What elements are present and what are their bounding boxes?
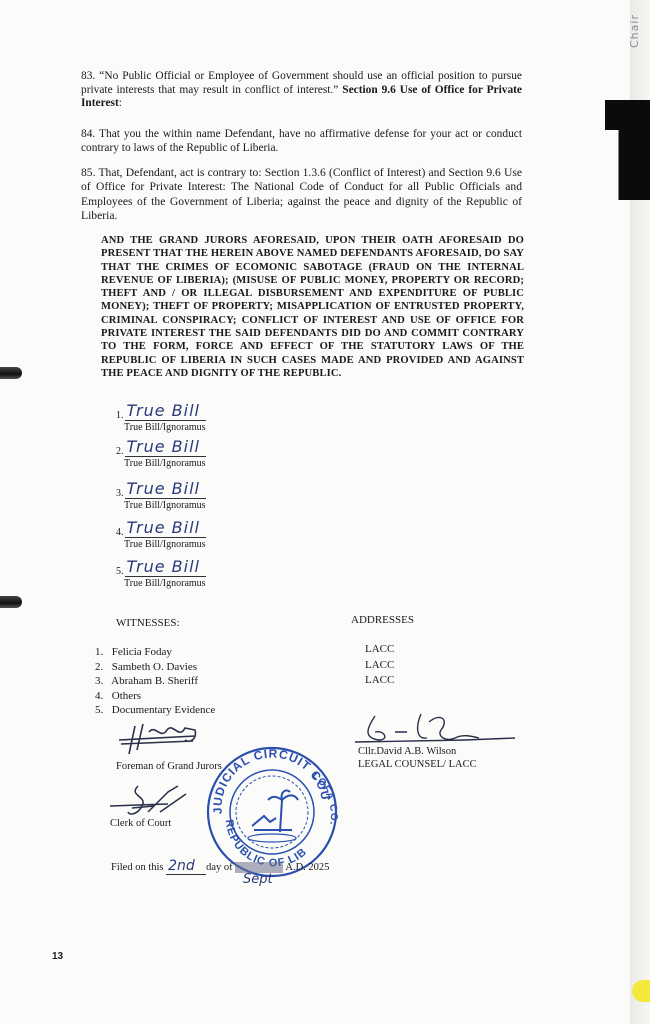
page-number: 13 [52, 951, 63, 962]
verdict-handwritten: True Bill [125, 480, 207, 499]
paragraph-text: That, Defendant, act is contrary to: Sec… [81, 166, 522, 222]
witness-item: 5. Documentary Evidence [95, 703, 215, 718]
counsel-block: Cllr.David A.B. Wilson LEGAL COUNSEL/ LA… [358, 746, 477, 771]
verdict-handwritten: True Bill [125, 519, 207, 538]
witnesses-heading: WITNESSES: [116, 617, 180, 629]
verdict-line: 5.True Bill [116, 557, 206, 577]
verdict-handwritten: True Bill [125, 438, 207, 457]
verdict-number: 1. [116, 410, 124, 421]
binder-ring-top [0, 367, 22, 379]
counsel-name: Cllr.David A.B. Wilson [358, 746, 477, 759]
verdict-handwritten: True Bill [125, 402, 207, 421]
verdict-number: 3. [116, 488, 124, 499]
address-item: LACC [365, 673, 394, 689]
filing-line: Filed on this 2ndday of A.D. 2025 [111, 858, 329, 875]
binder-ring-bottom [0, 596, 22, 608]
verdict-item: 5.True BillTrue Bill/Ignoramus [116, 557, 206, 589]
verdict-item: 2.True BillTrue Bill/Ignoramus [116, 437, 206, 469]
filing-day: 2nd [166, 858, 206, 875]
witness-number: 3. [95, 674, 109, 689]
address-list: LACCLACCLACC [365, 642, 394, 689]
paragraph-number: 84. [81, 128, 95, 140]
verdict-label: True Bill/Ignoramus [124, 578, 206, 589]
verdict-label: True Bill/Ignoramus [124, 422, 206, 433]
verdict-item: 1.True BillTrue Bill/Ignoramus [116, 401, 206, 433]
margin-note: Chair [628, 14, 641, 48]
verdict-line: 3.True Bill [116, 479, 206, 499]
verdict-item: 4.True BillTrue Bill/Ignoramus [116, 518, 206, 550]
witness-number: 5. [95, 703, 109, 718]
paragraph-83: 83. “No Public Official or Employee of G… [81, 70, 522, 111]
paragraph-number: 83. [81, 70, 95, 82]
verdict-number: 5. [116, 566, 124, 577]
paragraph-number: 85. [81, 166, 96, 179]
charge-statement: AND THE GRAND JURORS AFORESAID, UPON THE… [101, 234, 524, 380]
counsel-signature [345, 708, 520, 750]
verdict-line: 4.True Bill [116, 518, 206, 538]
witness-name: Felicia Foday [112, 646, 172, 658]
verdict-item: 3.True BillTrue Bill/Ignoramus [116, 479, 206, 511]
witness-item: 1. Felicia Foday [95, 645, 215, 660]
witness-name: Others [112, 690, 141, 702]
witness-number: 4. [95, 689, 109, 704]
addresses-heading: ADDRESSES [351, 614, 414, 626]
clerk-signature [108, 782, 198, 820]
filing-month-handwritten: Sept [243, 872, 273, 887]
filing-middle: day of [206, 862, 233, 873]
address-item: LACC [365, 642, 394, 658]
yellow-sticky-tab [632, 980, 650, 1002]
witness-item: 4. Others [95, 689, 215, 704]
verdict-number: 2. [116, 446, 124, 457]
filing-prefix: Filed on this [111, 862, 164, 873]
paragraph-colon: : [119, 97, 122, 109]
paragraph-85: 85. That, Defendant, act is contrary to:… [81, 166, 522, 224]
verdict-label: True Bill/Ignoramus [124, 458, 206, 469]
witness-item: 2. Sambeth O. Davies [95, 660, 215, 675]
witness-number: 2. [95, 660, 109, 675]
foreman-signature [115, 718, 205, 756]
document-page: 83. “No Public Official or Employee of G… [0, 0, 631, 1024]
verdict-label: True Bill/Ignoramus [124, 500, 206, 511]
paragraph-84: 84. That you the within name Defendant, … [81, 128, 522, 155]
witness-item: 3. Abraham B. Sheriff [95, 674, 215, 689]
paragraph-text: That you the within name Defendant, have… [81, 128, 522, 154]
address-item: LACC [365, 658, 394, 674]
witness-name: Documentary Evidence [112, 704, 216, 716]
witness-name: Sambeth O. Davies [112, 661, 197, 673]
witness-name: Abraham B. Sheriff [111, 675, 198, 687]
verdict-number: 4. [116, 527, 124, 538]
clerk-label: Clerk of Court [110, 818, 171, 829]
counsel-title: LEGAL COUNSEL/ LACC [358, 759, 477, 772]
witness-list: 1. Felicia Foday2. Sambeth O. Davies3. A… [95, 645, 215, 718]
filing-suffix: A.D. 2025 [285, 862, 329, 873]
witness-number: 1. [95, 645, 109, 660]
verdict-label: True Bill/Ignoramus [124, 539, 206, 550]
verdict-line: 2.True Bill [116, 437, 206, 457]
verdict-line: 1.True Bill [116, 401, 206, 421]
verdict-handwritten: True Bill [125, 558, 207, 577]
